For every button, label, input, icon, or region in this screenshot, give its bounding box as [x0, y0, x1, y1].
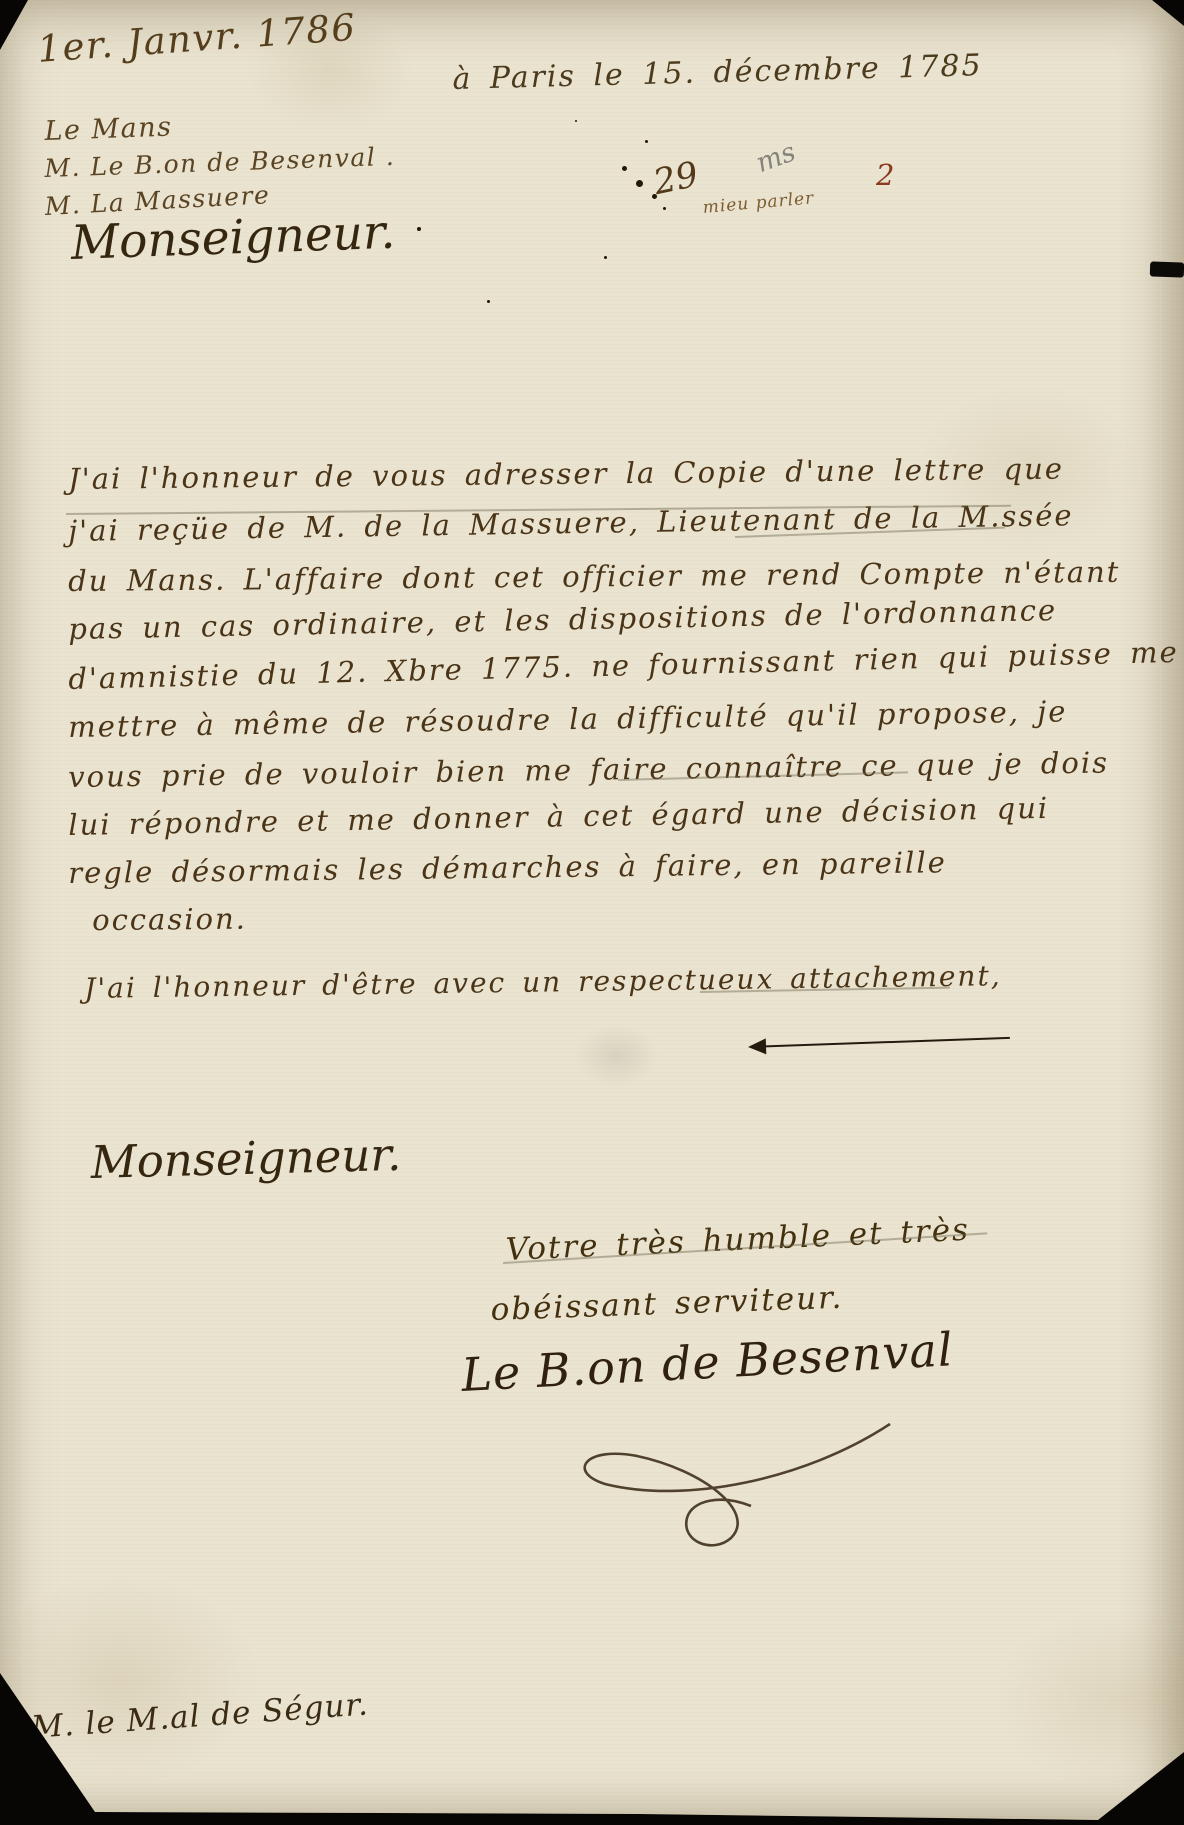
ink-speck — [645, 140, 648, 143]
signature-flourish — [545, 1412, 905, 1562]
docket-place: Le Mans — [44, 112, 173, 147]
ink-speck — [417, 227, 421, 231]
docket-addressee-1: M. Le B.on de Besenval . — [44, 142, 396, 183]
ink-speck — [622, 166, 627, 171]
closing-line: J'ai l'honneur d'être avec un respectueu… — [84, 959, 1002, 1005]
ink-speck — [575, 120, 577, 122]
ink-speck — [663, 207, 666, 210]
ink-speck — [604, 256, 607, 259]
docket-date: 1er. Janvr. 1786 — [36, 6, 358, 71]
annotation-red-number: 2 — [876, 158, 894, 192]
edge-mark — [1150, 261, 1184, 277]
ink-speck — [636, 180, 643, 187]
annotation-note: mieu parler — [702, 188, 815, 218]
body-line: du Mans. L'affaire dont cet officier me … — [68, 555, 1121, 598]
body-line: mettre à même de résoudre la difficulté … — [68, 694, 1068, 744]
body-line: pas un cas ordinaire, et les disposition… — [68, 593, 1057, 646]
arrow-head-icon — [748, 1038, 767, 1055]
body-line: occasion. — [92, 902, 247, 937]
second-salutation: Monseigneur. — [90, 1128, 402, 1189]
body-line: d'amnistie du 12. Xbre 1775. ne fourniss… — [68, 635, 1179, 696]
left-arrow-mark — [748, 1037, 1010, 1048]
letter-paper: 1er. Janvr. 1786 Le Mans M. Le B.on de B… — [0, 0, 1184, 1825]
salutation: Monseigneur. — [70, 205, 396, 271]
body-line: J'ai l'honneur de vous adresser la Copie… — [68, 452, 1064, 496]
ink-speck — [652, 194, 657, 199]
body-line: vous prie de vouloir bien me faire conna… — [68, 745, 1109, 794]
body-line: lui répondre et me donner à cet égard un… — [68, 791, 1049, 842]
arrow-shaft — [760, 1037, 1010, 1048]
valediction-line-2: obéissant serviteur. — [490, 1280, 844, 1328]
body-line: regle désormais les démarches à faire, e… — [68, 845, 947, 890]
annotation-ink-number: 29 — [650, 155, 702, 203]
footer-recipient: M. le M.al de Ségur. — [30, 1686, 370, 1745]
annotation-pencil: ms — [752, 137, 800, 180]
ink-speck — [487, 300, 490, 303]
dateline: à Paris le 15. décembre 1785 — [452, 48, 983, 97]
signature: Le B.on de Besenval — [460, 1322, 955, 1402]
